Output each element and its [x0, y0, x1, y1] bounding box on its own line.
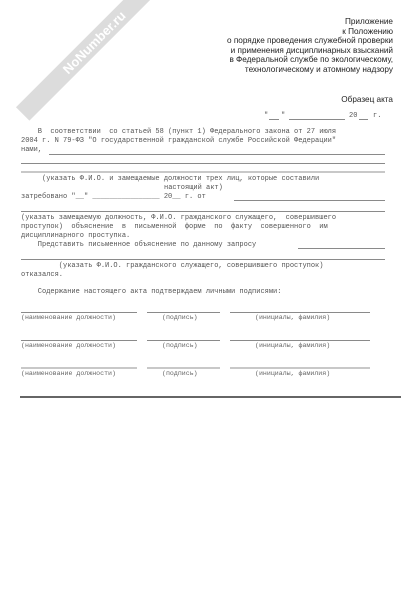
- header-line: и применения дисциплинарных взысканий: [227, 46, 393, 56]
- field-line: [21, 211, 385, 212]
- signature-sign-label: (подпись): [162, 342, 198, 349]
- provide-field-line: [298, 248, 385, 249]
- signature-name-line: [230, 340, 370, 341]
- signature-sign-line: [147, 340, 220, 341]
- signature-sign-label: (подпись): [162, 370, 198, 377]
- body-text: затребовано "__" ________________ 20__ г…: [21, 193, 206, 201]
- header-line: о порядке проведения служебной проверки: [227, 36, 393, 46]
- hint-text: (указать Ф.И.О. и замещаемые должности т…: [21, 175, 319, 183]
- signature-sign-line: [147, 367, 220, 369]
- date-year-prefix: 20: [349, 112, 357, 120]
- body-text: нами,: [21, 146, 42, 154]
- field-line: [21, 259, 385, 260]
- signature-name-line: [230, 312, 370, 313]
- signature-position-line: [21, 312, 137, 313]
- signature-position-label: (наименование должности): [21, 370, 116, 377]
- signature-position-label: (наименование должности): [21, 314, 116, 321]
- signature-position-label: (наименование должности): [21, 342, 116, 349]
- date-year-suffix: г.: [373, 112, 381, 120]
- signature-name-label: (инициалы, фамилия): [255, 370, 330, 377]
- body-text: Представить письменное объяснение по дан…: [21, 241, 256, 249]
- signature-sign-line: [147, 312, 220, 313]
- signature-name-label: (инициалы, фамилия): [255, 314, 330, 321]
- appendix-header: Приложение к Положению о порядке проведе…: [227, 17, 393, 75]
- names-field-line: [21, 163, 385, 164]
- document-page: NoNumber.ru Приложение к Положению о пор…: [0, 0, 420, 600]
- date-close-quote: ": [281, 112, 285, 120]
- signature-name-label: (инициалы, фамилия): [255, 342, 330, 349]
- date-year-line: [359, 119, 368, 120]
- signature-name-line: [230, 367, 370, 369]
- date-open-quote: ": [264, 112, 268, 120]
- header-line: Приложение: [227, 17, 393, 27]
- header-line: в Федеральной службе по экологическому,: [227, 55, 393, 65]
- watermark: NoNumber.ru: [16, 0, 158, 121]
- body-text: проступок) объяснение в письменной форме…: [21, 223, 328, 231]
- signature-position-line: [21, 340, 137, 341]
- header-line: технологическому и атомному надзору: [227, 65, 393, 75]
- body-text: В соответствии со статьей 58 (пункт 1) Ф…: [21, 128, 336, 136]
- date-month-line: [289, 119, 345, 120]
- body-text: Содержание настоящего акта подтверждаем …: [21, 288, 281, 296]
- date-day-line: [269, 119, 279, 120]
- names-field-line: [21, 171, 385, 173]
- body-text: отказался.: [21, 271, 63, 279]
- body-text: 2004 г. N 79-ФЗ "О государственной гражд…: [21, 137, 336, 145]
- document-end-rule: [20, 396, 401, 398]
- hint-text: настоящий акт): [164, 184, 223, 192]
- signature-position-line: [21, 367, 137, 369]
- hint-text: (указать Ф.И.О. гражданского служащего, …: [21, 262, 323, 270]
- sample-title: Образец акта: [341, 95, 393, 104]
- signature-sign-label: (подпись): [162, 314, 198, 321]
- body-text: дисциплинарного проступка.: [21, 232, 130, 240]
- hint-text: (указать замещаемую должность, Ф.И.О. гр…: [21, 214, 336, 222]
- requested-from-line: [234, 200, 385, 201]
- header-line: к Положению: [227, 27, 393, 37]
- names-field-line: [49, 154, 385, 155]
